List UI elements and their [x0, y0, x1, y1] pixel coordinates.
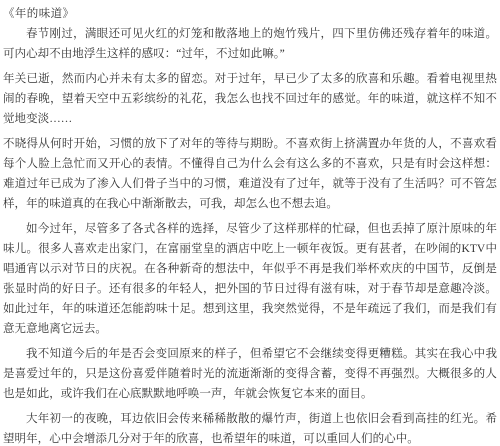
document-title: 《年的味道》: [3, 4, 497, 24]
essay-body: 春节刚过，满眼还可见火红的灯笼和散落地上的炮竹残片，四下里仿佛还残存着年的味道。…: [3, 24, 497, 446]
essay-paragraph: 我不知道今后的年是否会变回原来的样子，但希望它不会继续变得更糟糕。其实在我心中我…: [3, 344, 497, 404]
essay-paragraph: 如今过年，尽管多了各式各样的选择，尽管少了这样那样的忙碌，但也丢掉了原汁原味的年…: [3, 219, 497, 339]
essay-paragraph: 春节刚过，满眼还可见火红的灯笼和散落地上的炮竹残片，四下里仿佛还残存着年的味道。…: [3, 24, 497, 64]
essay-paragraph: 不晓得从何时开始，习惯的放下了对年的等待与期盼。不喜欢街上挤满置办年货的人，不喜…: [3, 134, 497, 214]
essay-paragraph: 大年初一的夜晚，耳边依旧会传来稀稀散散的爆竹声，街道上也依旧会看到高挂的红光。希…: [3, 409, 497, 446]
essay-paragraph: 年关已逝，然而内心并未有太多的留恋。对于过年，早已少了太多的欣喜和乐趣。看着电视…: [3, 69, 497, 129]
document-page: 《年的味道》 春节刚过，满眼还可见火红的灯笼和散落地上的炮竹残片，四下里仿佛还残…: [0, 0, 500, 446]
